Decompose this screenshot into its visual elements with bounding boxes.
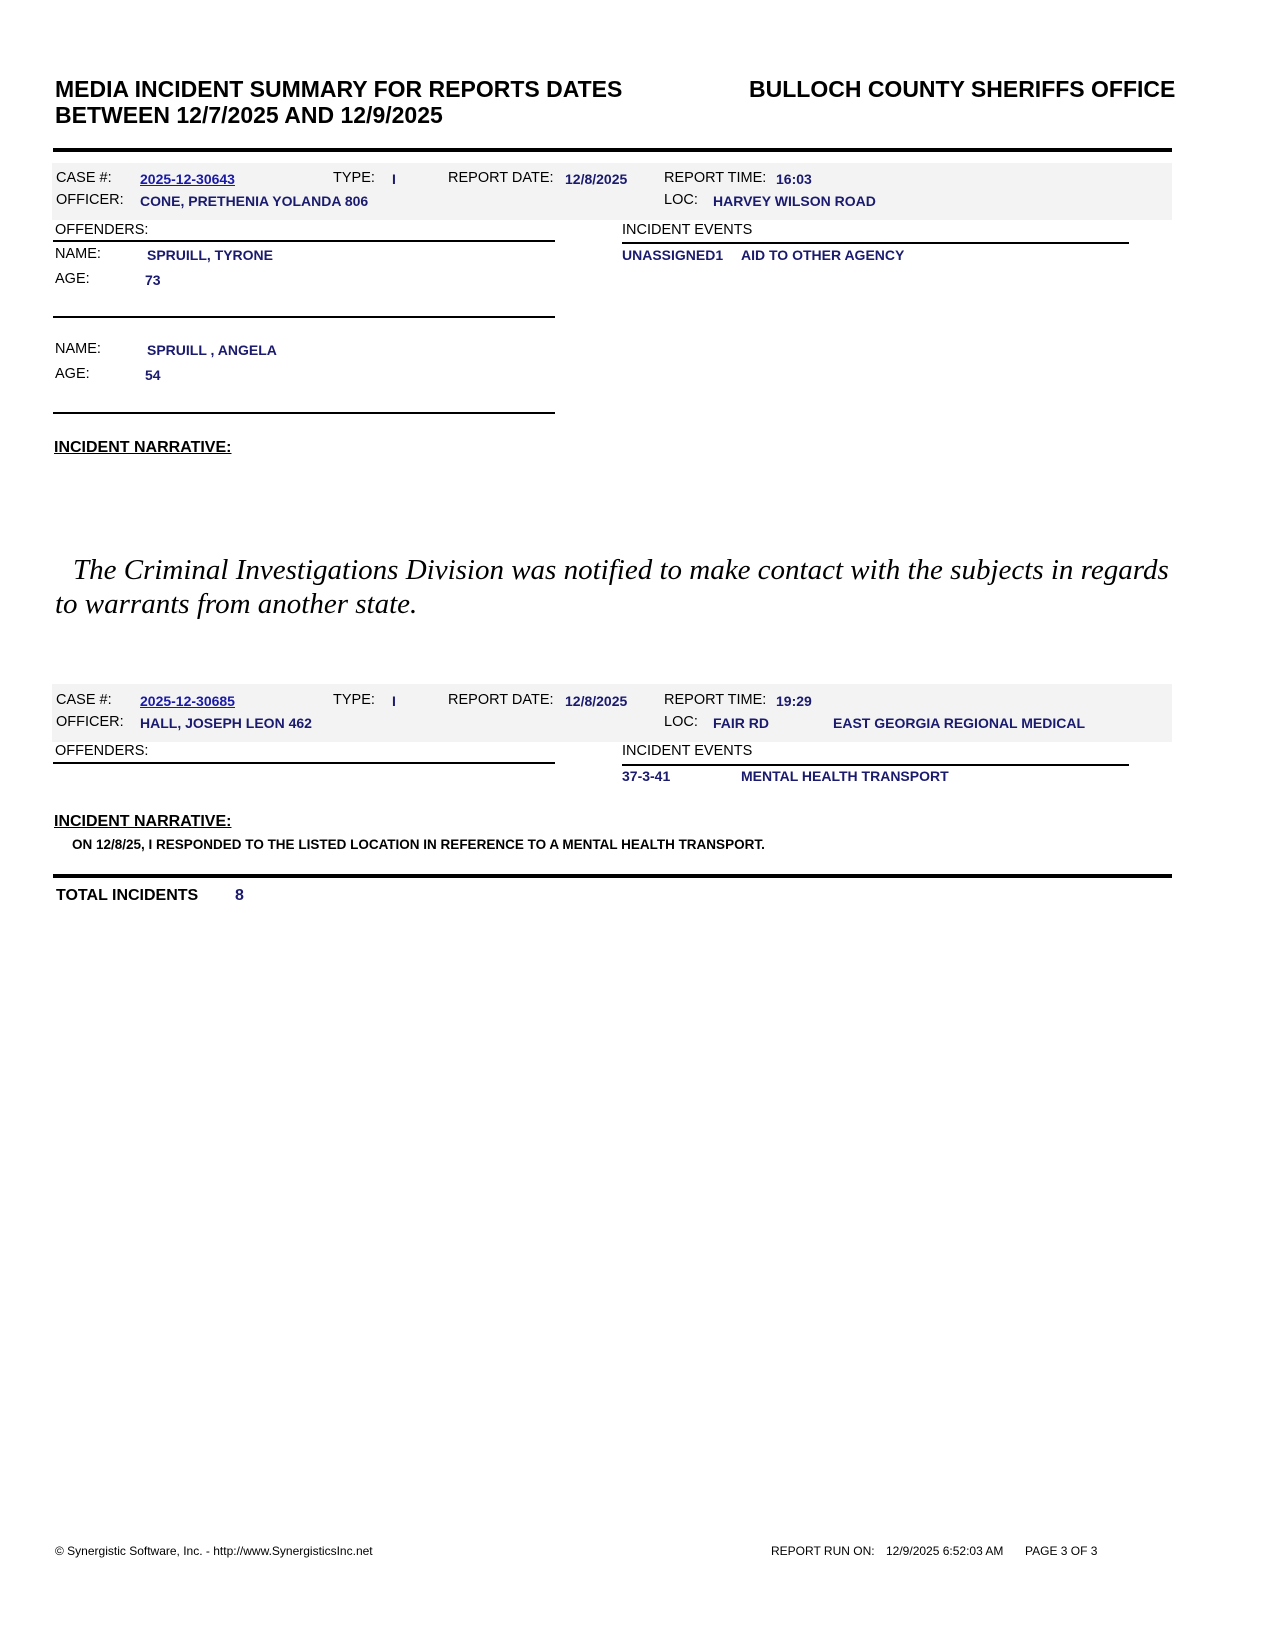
loc-value: HARVEY WILSON ROAD xyxy=(713,193,876,209)
incident-events-label: INCIDENT EVENTS xyxy=(622,222,752,238)
report-date-value: 12/8/2025 xyxy=(565,693,627,709)
offenders-label: OFFENDERS: xyxy=(55,743,148,759)
type-label: TYPE: xyxy=(333,692,375,708)
offender-age: 54 xyxy=(145,367,161,383)
case-number-link[interactable]: 2025-12-30685 xyxy=(140,693,235,709)
offenders-divider xyxy=(53,240,555,242)
loc-label: LOC: xyxy=(664,714,698,730)
event-code: UNASSIGNED1 xyxy=(622,247,723,263)
type-value: I xyxy=(392,171,396,187)
incident-narrative-text: The Criminal Investigations Division was… xyxy=(55,553,1175,621)
header-divider xyxy=(53,148,1172,152)
offender-name-label: NAME: xyxy=(55,341,101,357)
events-divider xyxy=(622,242,1129,244)
case-number-link[interactable]: 2025-12-30643 xyxy=(140,171,235,187)
report-run-label: REPORT RUN ON: xyxy=(771,1544,875,1558)
loc-label: LOC: xyxy=(664,192,698,208)
offender-name-label: NAME: xyxy=(55,246,101,262)
agency-name: BULLOCH COUNTY SHERIFFS OFFICE xyxy=(749,76,1175,102)
offender-divider xyxy=(53,412,555,414)
type-value: I xyxy=(392,693,396,709)
report-time-value: 16:03 xyxy=(776,171,812,187)
report-run-value: 12/9/2025 6:52:03 AM xyxy=(886,1544,1003,1558)
report-title-line1: MEDIA INCIDENT SUMMARY FOR REPORTS DATES xyxy=(55,76,622,102)
report-date-value: 12/8/2025 xyxy=(565,171,627,187)
case-label: CASE #: xyxy=(56,170,112,186)
offender-age-label: AGE: xyxy=(55,366,90,382)
offender-divider xyxy=(53,316,555,318)
events-divider xyxy=(622,764,1129,766)
case-label: CASE #: xyxy=(56,692,112,708)
report-time-label: REPORT TIME: xyxy=(664,170,766,186)
total-incidents-label: TOTAL INCIDENTS xyxy=(56,887,198,905)
officer-label: OFFICER: xyxy=(56,192,124,208)
loc-value: FAIR RD xyxy=(713,715,769,731)
total-incidents-value: 8 xyxy=(235,887,244,905)
incident-events-label: INCIDENT EVENTS xyxy=(622,743,752,759)
offenders-divider xyxy=(53,762,555,764)
report-date-label: REPORT DATE: xyxy=(448,170,554,186)
report-title-line2: BETWEEN 12/7/2025 AND 12/9/2025 xyxy=(55,102,443,128)
incident-narrative-heading: INCIDENT NARRATIVE: xyxy=(54,813,231,831)
event-description: AID TO OTHER AGENCY xyxy=(741,247,904,263)
offender-age-label: AGE: xyxy=(55,271,90,287)
event-description: MENTAL HEALTH TRANSPORT xyxy=(741,768,949,784)
officer-value: HALL, JOSEPH LEON 462 xyxy=(140,715,312,731)
officer-value: CONE, PRETHENIA YOLANDA 806 xyxy=(140,193,368,209)
report-time-label: REPORT TIME: xyxy=(664,692,766,708)
offender-name: SPRUILL, TYRONE xyxy=(147,247,273,263)
copyright-text: © Synergistic Software, Inc. - http://ww… xyxy=(55,1544,373,1558)
officer-label: OFFICER: xyxy=(56,714,124,730)
offender-name: SPRUILL , ANGELA xyxy=(147,342,277,358)
loc-extra-value: EAST GEORGIA REGIONAL MEDICAL xyxy=(833,715,1085,731)
type-label: TYPE: xyxy=(333,170,375,186)
report-time-value: 19:29 xyxy=(776,693,812,709)
offenders-label: OFFENDERS: xyxy=(55,222,148,238)
incident-narrative-heading: INCIDENT NARRATIVE: xyxy=(54,439,231,457)
report-date-label: REPORT DATE: xyxy=(448,692,554,708)
offender-age: 73 xyxy=(145,272,161,288)
event-code: 37-3-41 xyxy=(622,768,670,784)
incident-narrative-text: ON 12/8/25, I RESPONDED TO THE LISTED LO… xyxy=(72,837,765,852)
page-number: PAGE 3 OF 3 xyxy=(1025,1544,1097,1558)
footer-divider xyxy=(53,874,1172,878)
